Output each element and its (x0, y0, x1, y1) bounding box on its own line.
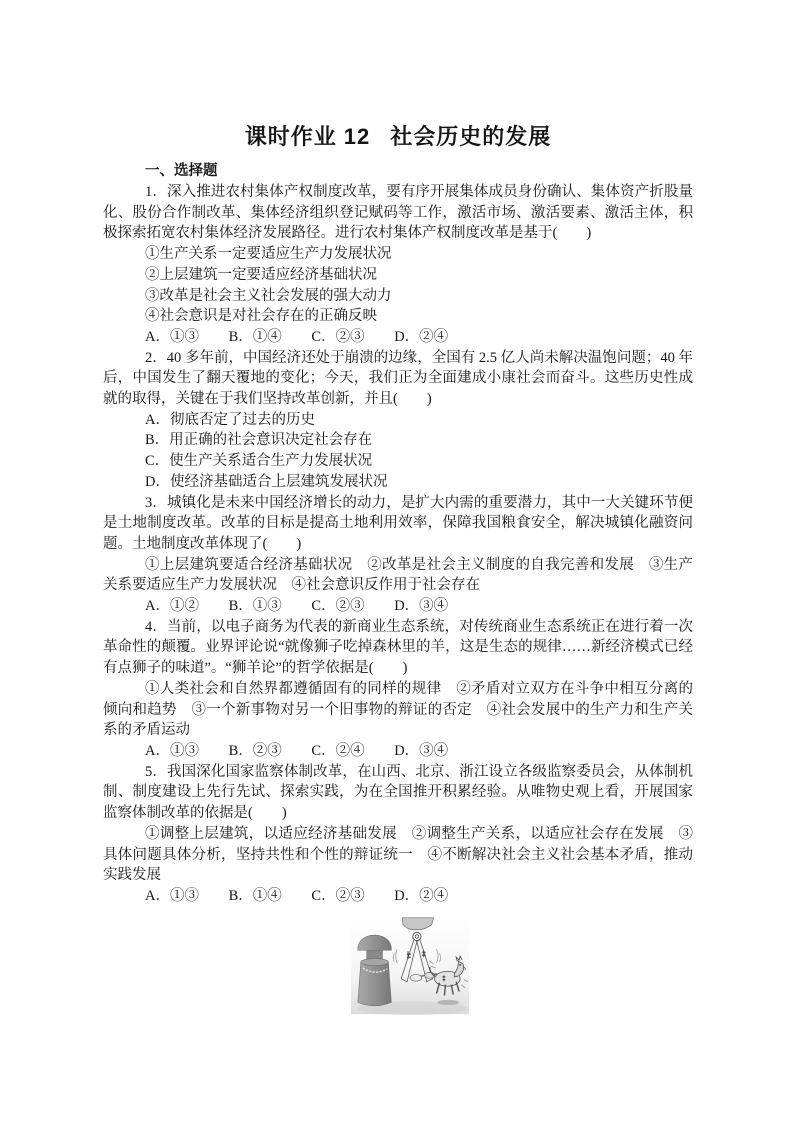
question-4-options: A．①③ B．②③ C．②④ D．③④ (103, 741, 693, 762)
official-seal-icon (358, 935, 391, 1006)
question-2-option-b: B．用正确的社会意识决定社会存在 (103, 430, 693, 451)
option-label: A．①③ (145, 741, 199, 762)
question-1-item-3: ③改革是社会主义社会发展的强大动力 (103, 286, 693, 307)
question-2-option-c: C．使生产关系适合生产力发展状况 (103, 451, 693, 472)
question-2: 2．40 多年前，中国经济还处于崩溃的边缘，全国有 2.5 亿人尚未解决温饱问题… (103, 348, 693, 493)
option-label: C．②③ (311, 596, 364, 617)
option-label: A．①③ (145, 886, 199, 907)
cartoon-illustration (351, 917, 469, 1015)
option-label: D．③④ (394, 596, 448, 617)
question-1-item-1: ①生产关系一定要适应生产力发展状况 (103, 244, 693, 265)
question-1-item-4: ④社会意识是对社会存在的正确反映 (103, 306, 693, 327)
option-label: B．①③ (229, 596, 282, 617)
question-2-option-d: D．使经济基础适合上层建筑发展状况 (103, 472, 693, 493)
question-4-items: ①人类社会和自然界都遵循固有的同样的规律 ②矛盾对立双方在斗争中相互分离的倾向和… (103, 679, 693, 741)
page-title: 课时作业 12社会历史的发展 (103, 120, 693, 151)
option-label: A．①② (145, 596, 199, 617)
horse-shadow (438, 999, 460, 1004)
option-label: B．②③ (229, 741, 282, 762)
option-label: B．①④ (229, 327, 282, 348)
option-label: D．②④ (394, 886, 448, 907)
option-label: B．①④ (229, 886, 282, 907)
option-label: D．③④ (394, 741, 448, 762)
section-heading: 一、选择题 (103, 161, 693, 182)
page-title-part2: 社会历史的发展 (390, 124, 551, 149)
question-2-option-a: A．彻底否定了过去的历史 (103, 410, 693, 431)
option-label: C．②④ (311, 741, 364, 762)
worksheet-content: 课时作业 12社会历史的发展 一、选择题 1．深入推进农村集体产权制度改革，要有… (0, 0, 793, 1015)
question-3: 3．城镇化是未来中国经济增长的动力，是扩大内需的重要潜力，其中一大关键环节便是土… (103, 493, 693, 617)
question-1-item-2: ②上层建筑一定要适应经济基础状况 (103, 265, 693, 286)
question-5: 5．我国深化国家监察体制改革，在山西、北京、浙江设立各级监察委员会，从体制机制、… (103, 762, 693, 907)
option-label: C．②③ (311, 327, 364, 348)
question-3-stem: 3．城镇化是未来中国经济增长的动力，是扩大内需的重要潜力，其中一大关键环节便是土… (103, 493, 693, 555)
question-4-stem: 4．当前，以电子商务为代表的新商业生态系统，对传统商业生态系统正在进行着一次革命… (103, 617, 693, 679)
option-label: D．②④ (394, 327, 448, 348)
worksheet-page: 课时作业 12社会历史的发展 一、选择题 1．深入推进农村集体产权制度改革，要有… (0, 0, 793, 1122)
horse-eye (459, 964, 461, 966)
question-2-stem: 2．40 多年前，中国经济还处于崩溃的边缘，全国有 2.5 亿人尚未解决温饱问题… (103, 348, 693, 410)
question-5-items: ①调整上层建筑，以适应经济基础发展 ②调整生产关系，以适应社会存在发展 ③具体问… (103, 824, 693, 886)
question-1-options: A．①③ B．①④ C．②③ D．②④ (103, 327, 693, 348)
page-title-part1: 课时作业 12 (245, 124, 371, 149)
question-5-stem: 5．我国深化国家监察体制改革，在山西、北京、浙江设立各级监察委员会，从体制机制、… (103, 762, 693, 824)
question-5-options: A．①③ B．①④ C．②③ D．②④ (103, 886, 693, 907)
option-label: A．①③ (145, 327, 199, 348)
question-3-items: ①上层建筑要适合经济基础状况 ②改革是社会主义制度的自我完善和发展 ③生产关系要… (103, 555, 693, 596)
option-label: C．②③ (311, 886, 364, 907)
cartoon-svg (351, 917, 469, 1015)
question-3-options: A．①② B．①③ C．②③ D．③④ (103, 596, 693, 617)
question-4: 4．当前，以电子商务为代表的新商业生态系统，对传统商业生态系统正在进行着一次革命… (103, 617, 693, 762)
question-1: 1．深入推进农村集体产权制度改革，要有序开展集体成员身份确认、集体资产折股量化、… (103, 182, 693, 348)
question-1-stem: 1．深入推进农村集体产权制度改革，要有序开展集体成员身份确认、集体资产折股量化、… (103, 182, 693, 244)
